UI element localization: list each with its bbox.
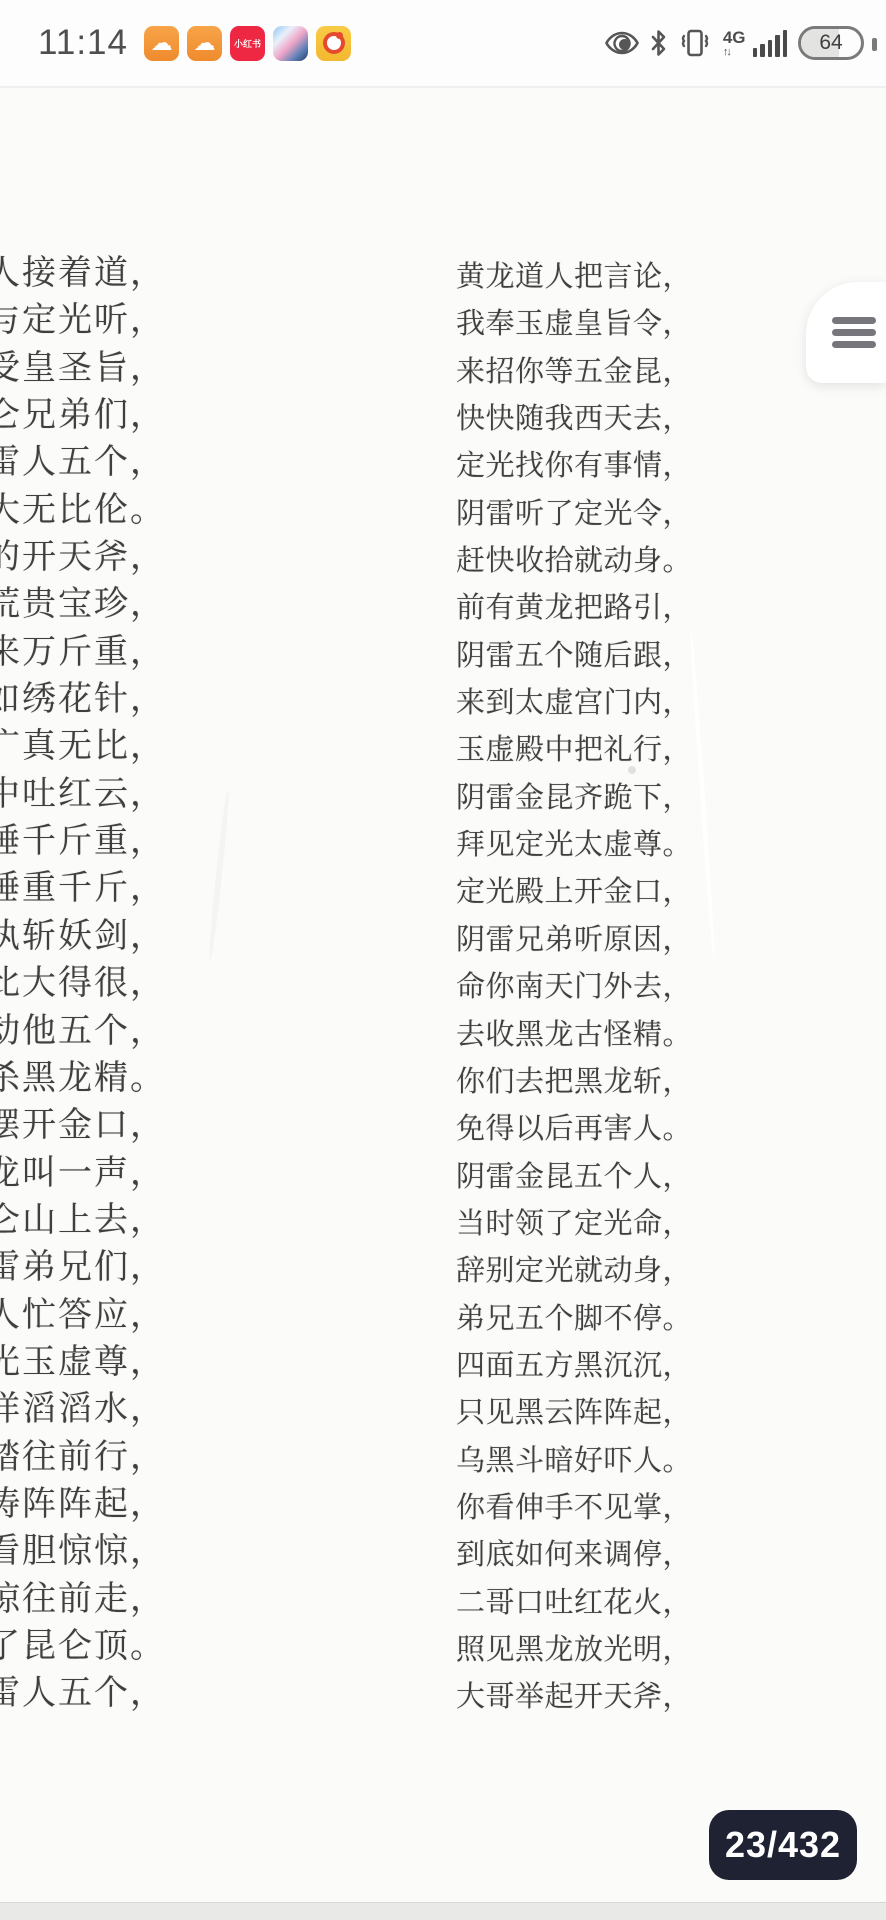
cloud-app-icon-1: ☁: [144, 26, 179, 61]
status-bar: 11:14 ☁ ☁ 小红书 4G ↑↓ 64: [0, 0, 886, 88]
verse-line: 来到太虚宫门内，: [456, 679, 692, 726]
hamburger-icon: [832, 317, 876, 324]
status-bar-left: 11:14 ☁ ☁ 小红书: [38, 23, 351, 63]
verse-line: 荒贵宝珍，: [0, 581, 166, 628]
verse-line: 仑山上去，: [0, 1197, 166, 1244]
verse-line: 大哥举起开天斧，: [456, 1673, 692, 1720]
verse-line: 锤千斤重，: [0, 818, 166, 865]
verse-line: 看胆惊惊，: [0, 1528, 166, 1575]
verse-line: 拜见定光太虚尊。: [456, 821, 692, 868]
verse-line: 比大得很，: [0, 960, 166, 1007]
verse-line: 龙叫一声，: [0, 1150, 166, 1197]
verse-line: 涛阵阵起，: [0, 1481, 166, 1528]
verse-line: 如绣花针，: [0, 676, 166, 723]
cloud-app-icon-2: ☁: [187, 26, 222, 61]
verse-line: 你看伸手不见掌，: [456, 1484, 692, 1531]
verse-line: 我奉玉虚皇旨令，: [456, 300, 692, 347]
reader-page[interactable]: 人接着道，与定光听，受皇圣旨，仑兄弟们，雷人五个，大无比伦。的开天斧，荒贵宝珍，…: [0, 90, 886, 1903]
xiaohongshu-icon: 小红书: [230, 26, 265, 61]
page-indicator-text: 23/432: [725, 1824, 841, 1866]
verse-line: 雷人五个，: [0, 1670, 166, 1717]
verse-line: 二哥口吐红花火，: [456, 1579, 692, 1626]
verse-line: 仑兄弟们，: [0, 392, 166, 439]
verse-line: 去收黑龙古怪精。: [456, 1011, 692, 1058]
clock: 11:14: [38, 23, 128, 63]
eye-comfort-icon: [605, 31, 639, 55]
verse-line: 了昆仑顶。: [0, 1623, 166, 1670]
hamburger-icon: [832, 341, 876, 348]
verse-column-right: 黄龙道人把言论，我奉玉虚皇旨令，来招你等五金昆，快快随我西天去，定光找你有事情，…: [456, 253, 692, 1721]
network-arrows: ↑↓: [723, 47, 730, 58]
bluetooth-icon: [650, 29, 667, 57]
verse-line: 受皇圣旨，: [0, 345, 166, 392]
xiaohongshu-label: 小红书: [234, 37, 261, 50]
verse-line: 与定光听，: [0, 297, 166, 344]
verse-line: 大无比伦。: [0, 487, 166, 534]
verse-line: 人接着道，: [0, 250, 166, 297]
weibo-icon: [316, 26, 351, 61]
verse-line: 锤重千斤，: [0, 865, 166, 912]
verse-line: 人忙答应，: [0, 1292, 166, 1339]
verse-line: 命你南天门外去，: [456, 963, 692, 1010]
weibo-eye-glyph: [323, 32, 345, 54]
verse-line: 阴雷五个随后跟，: [456, 632, 692, 679]
verse-line: 玉虚殿中把礼行，: [456, 726, 692, 773]
verse-line: 黄龙道人把言论，: [456, 253, 692, 300]
verse-line: 四面五方黑沉沉，: [456, 1342, 692, 1389]
verse-line: 广真无比，: [0, 723, 166, 770]
verse-line: 弟兄五个脚不停。: [456, 1295, 692, 1342]
scan-artifact: [207, 790, 231, 960]
verse-line: 阴雷金昆五个人，: [456, 1153, 692, 1200]
scan-artifact: [688, 630, 716, 960]
verse-line: 阴雷听了定光令，: [456, 490, 692, 537]
verse-line: 的开天斧，: [0, 534, 166, 581]
verse-line: 照见黑龙放光明，: [456, 1626, 692, 1673]
bottom-edge-strip: [0, 1902, 886, 1920]
4g-network-icon: 4G ↑↓: [723, 29, 746, 58]
page-indicator-badge[interactable]: 23/432: [709, 1810, 857, 1880]
network-type-label: 4G: [723, 29, 746, 46]
vibrate-icon: [678, 29, 712, 57]
verse-line: 中吐红云，: [0, 771, 166, 818]
verse-line: 阴雷兄弟听原因，: [456, 916, 692, 963]
verse-line: 定光找你有事情，: [456, 442, 692, 489]
verse-line: 雷人五个，: [0, 439, 166, 486]
verse-line: 前有黄龙把路引，: [456, 584, 692, 631]
signal-bars-icon: [753, 29, 788, 57]
battery-percentage: 64: [819, 31, 842, 55]
verse-line: 洋滔滔水，: [0, 1386, 166, 1433]
verse-line: 动他五个，: [0, 1008, 166, 1055]
verse-line: 杀黑龙精。: [0, 1055, 166, 1102]
verse-line: 你们去把黑龙斩，: [456, 1058, 692, 1105]
anime-avatar-app-icon: [273, 26, 308, 61]
verse-line: 赶快收拾就动身。: [456, 537, 692, 584]
verse-line: 惊往前走，: [0, 1576, 166, 1623]
verse-line: 来招你等五金昆，: [456, 348, 692, 395]
hamburger-icon: [832, 329, 876, 336]
verse-line: 来万斤重，: [0, 629, 166, 676]
verse-line: 快快随我西天去，: [456, 395, 692, 442]
verse-line: 辞别定光就动身，: [456, 1247, 692, 1294]
verse-column-left: 人接着道，与定光听，受皇圣旨，仑兄弟们，雷人五个，大无比伦。的开天斧，荒贵宝珍，…: [0, 250, 166, 1718]
verse-line: 雷弟兄们，: [0, 1244, 166, 1291]
verse-line: 到底如何来调停，: [456, 1531, 692, 1578]
verse-line: 执斩妖剑，: [0, 913, 166, 960]
verse-line: 当时领了定光命，: [456, 1200, 692, 1247]
status-bar-right: 4G ↑↓ 64: [605, 26, 870, 60]
verse-line: 只见黑云阵阵起，: [456, 1389, 692, 1436]
verse-line: 踏往前行，: [0, 1434, 166, 1481]
verse-line: 摆开金口，: [0, 1102, 166, 1149]
verse-line: 阴雷金昆齐跪下，: [456, 774, 692, 821]
battery-nub: [872, 38, 877, 51]
battery-icon: 64: [798, 26, 864, 60]
verse-line: 定光殿上开金口，: [456, 868, 692, 915]
verse-line: 免得以后再害人。: [456, 1105, 692, 1152]
verse-line: 乌黑斗暗好吓人。: [456, 1437, 692, 1484]
verse-line: 光玉虚尊，: [0, 1339, 166, 1386]
